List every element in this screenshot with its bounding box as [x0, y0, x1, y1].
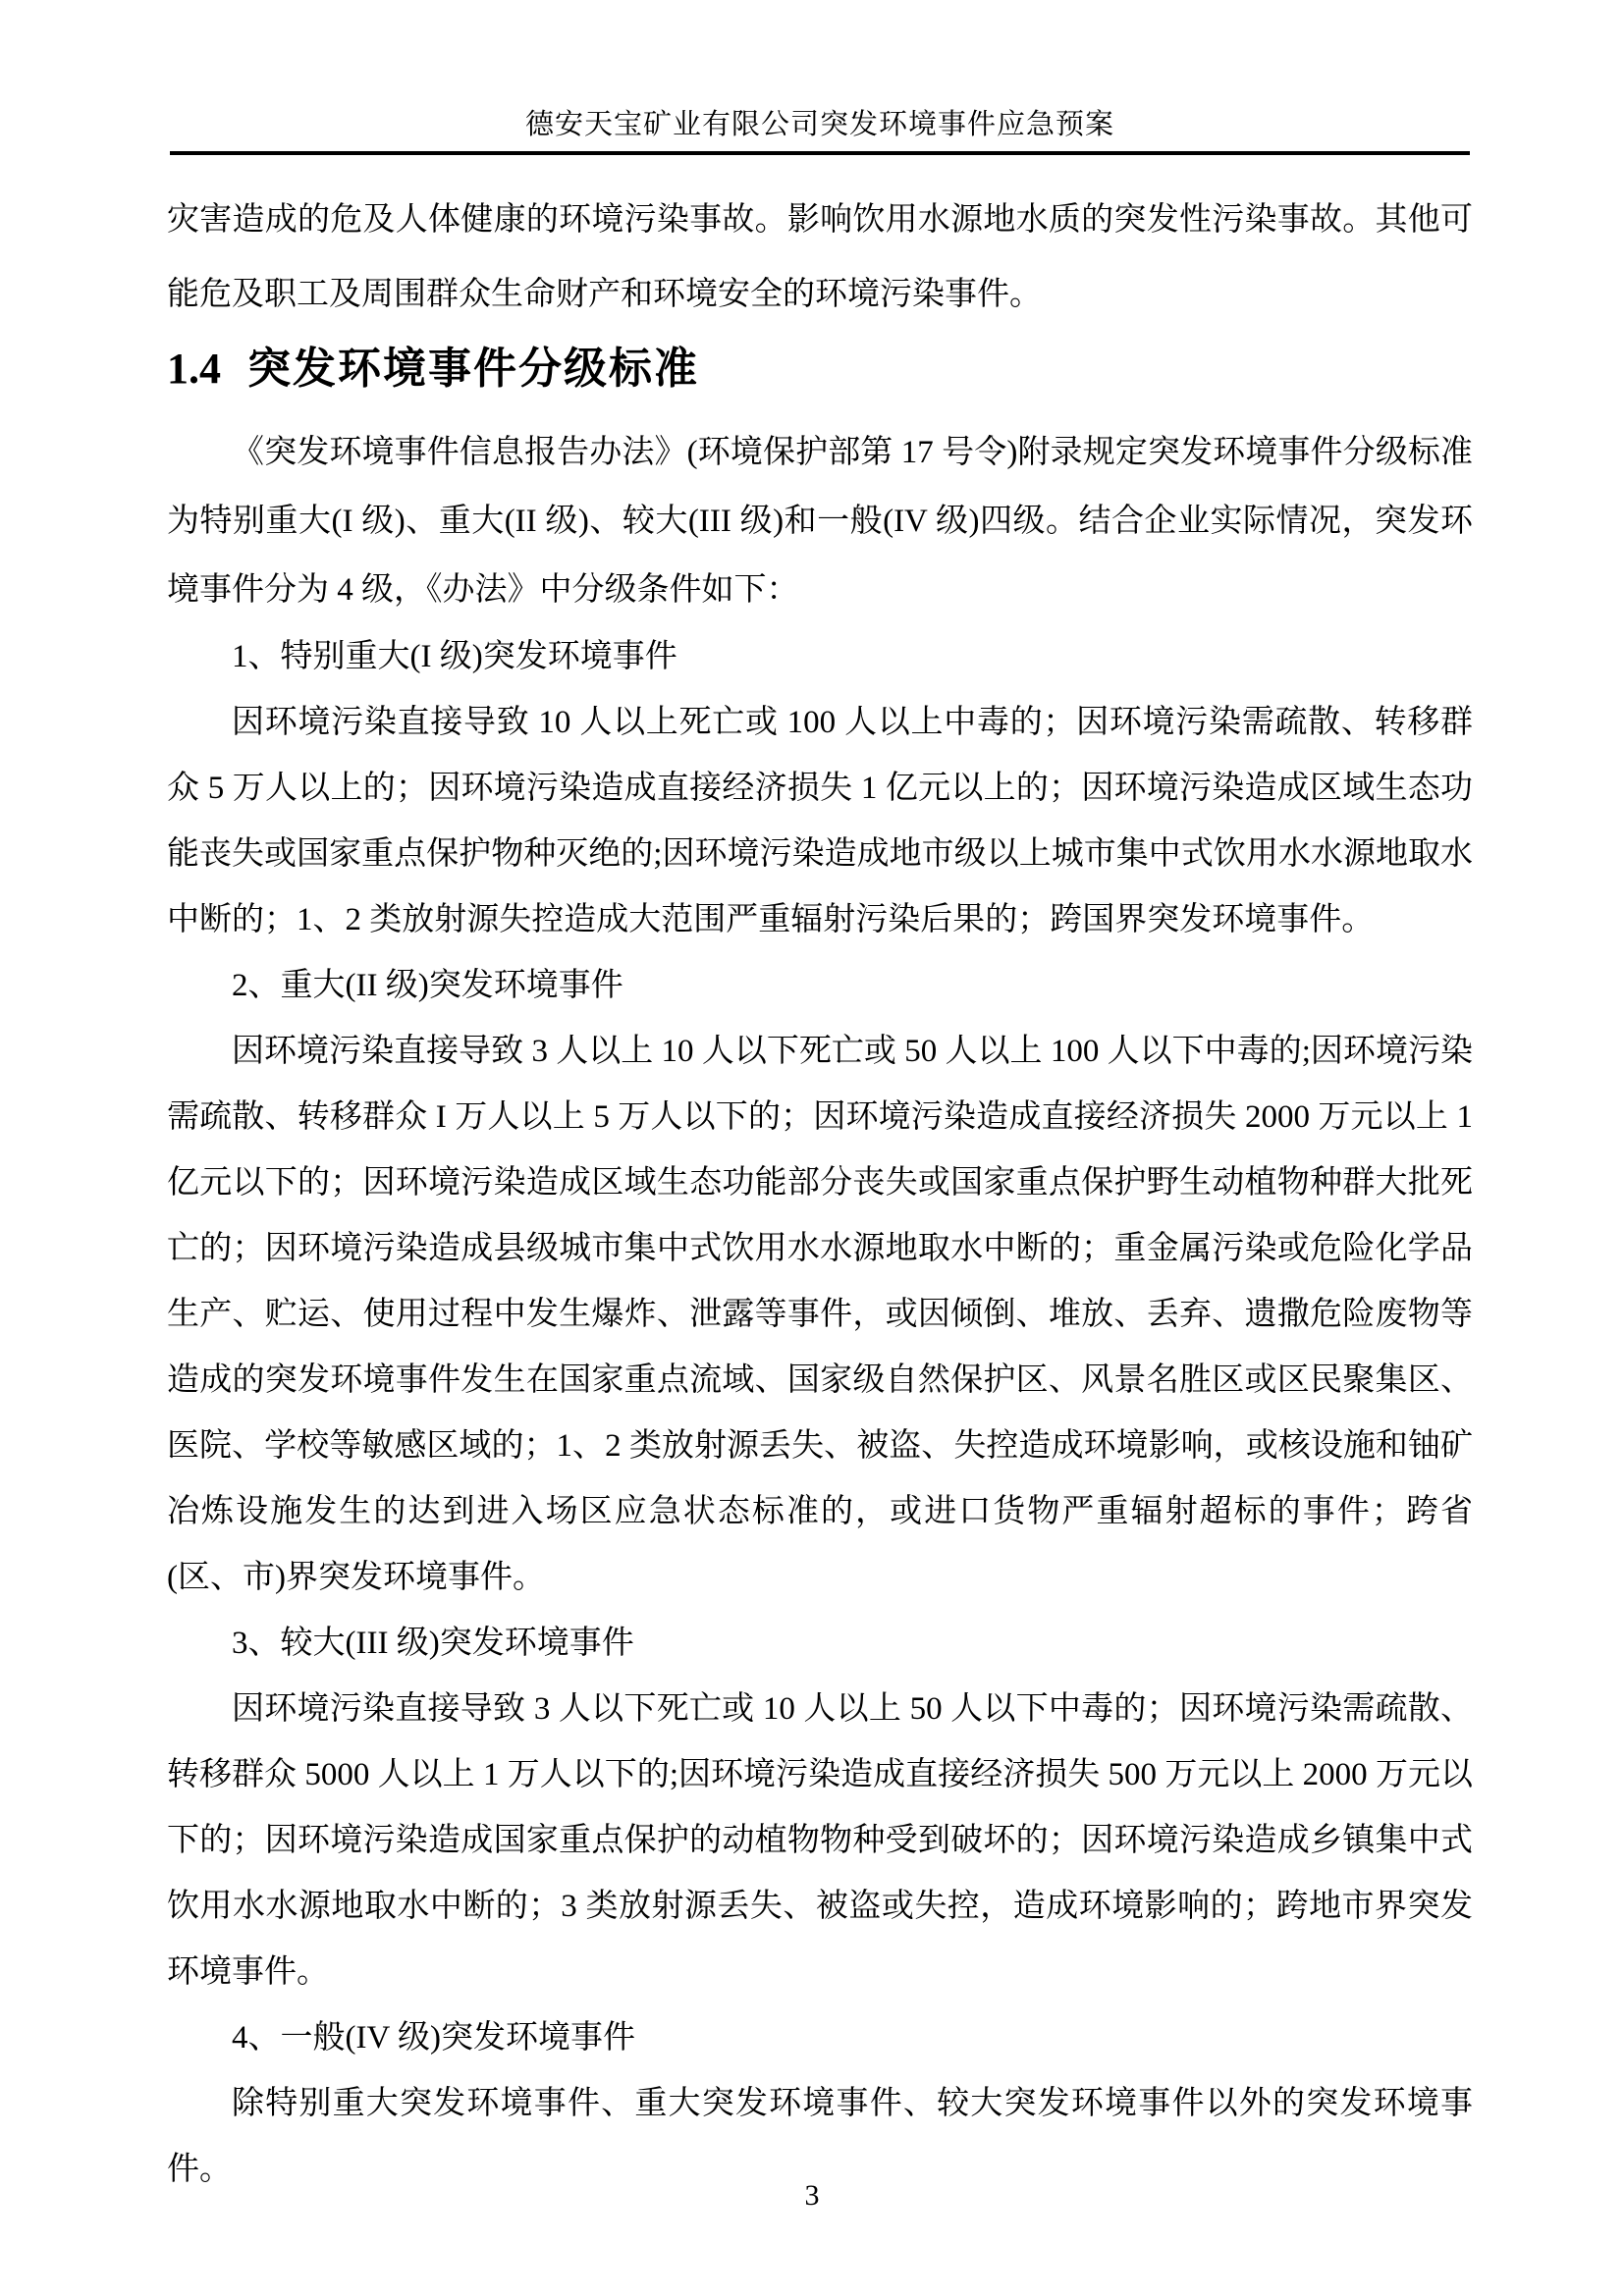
page-footer: 3 — [0, 2169, 1624, 2222]
item-2-title: 2、重大(II 级)突发环境事件 — [167, 953, 1473, 1019]
item-1-body: 因环境污染直接导致 10 人以上死亡或 100 人以上中毒的；因环境污染需疏散、… — [167, 690, 1473, 953]
item-2-body: 因环境污染直接导致 3 人以上 10 人以下死亡或 50 人以上 100 人以下… — [167, 1019, 1473, 1611]
lead-paragraph: 《突发环境事件信息报告办法》(环境保护部第 17 号令)附录规定突发环境事件分级… — [167, 418, 1473, 624]
page-body: 灾害造成的危及人体健康的环境污染事故。影响饮用水源地水质的突发性污染事故。其他可… — [167, 183, 1473, 2203]
document-page: 德安天宝矿业有限公司突发环境事件应急预案 灾害造成的危及人体健康的环境污染事故。… — [0, 0, 1624, 2296]
page-header: 德安天宝矿业有限公司突发环境事件应急预案 — [170, 104, 1470, 155]
item-3-body: 因环境污染直接导致 3 人以下死亡或 10 人以上 50 人以下中毒的；因环境污… — [167, 1677, 1473, 2005]
header-title: 德安天宝矿业有限公司突发环境事件应急预案 — [170, 104, 1470, 145]
page-number: 3 — [0, 2169, 1624, 2222]
section-number: 1.4 — [167, 345, 221, 393]
item-4-title: 4、一般(IV 级)突发环境事件 — [167, 2005, 1473, 2071]
item-3-title: 3、较大(III 级)突发环境事件 — [167, 1611, 1473, 1677]
section-heading: 1.4 突发环境事件分级标准 — [167, 340, 1473, 399]
intro-paragraph: 灾害造成的危及人体健康的环境污染事故。影响饮用水源地水质的突发性污染事故。其他可… — [167, 183, 1473, 332]
section-title: 突发环境事件分级标准 — [247, 345, 699, 393]
item-1-title: 1、特别重大(I 级)突发环境事件 — [167, 624, 1473, 690]
